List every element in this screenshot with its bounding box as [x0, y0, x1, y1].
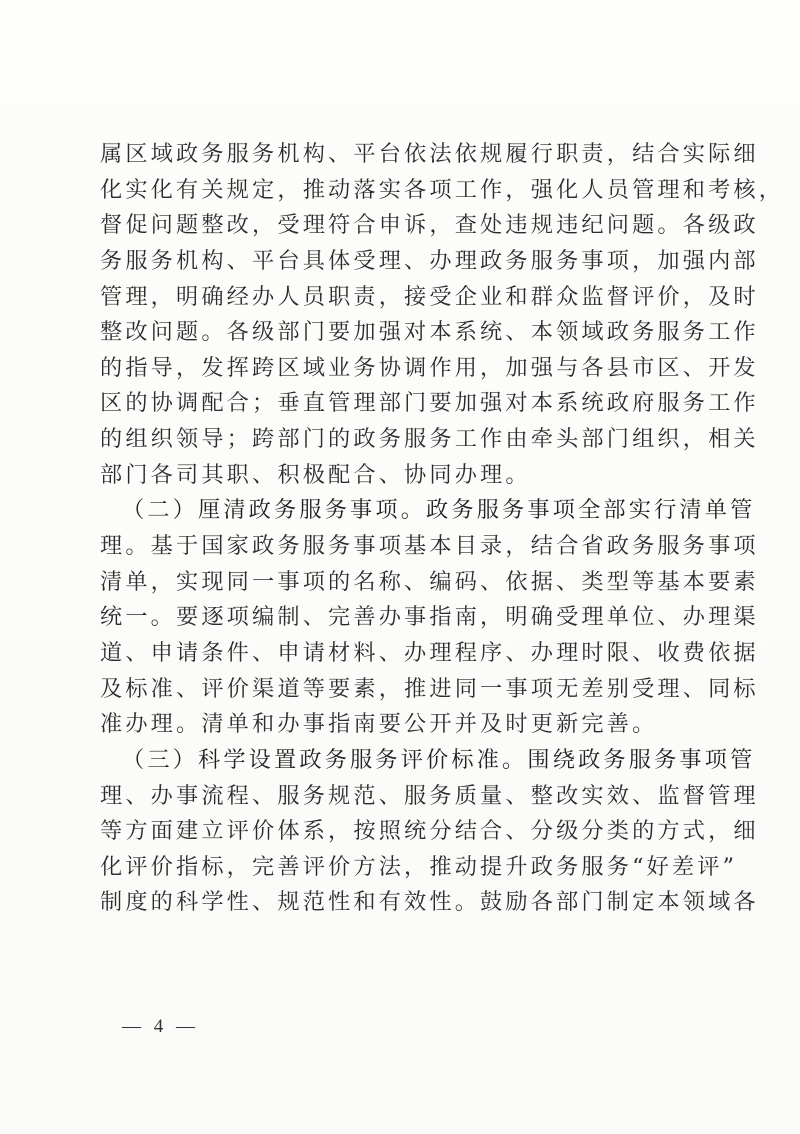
text-line: 道、申请条件、申请材料、办理程序、办理时限、收费依据 [100, 636, 700, 672]
text-line: 统一。要逐项编制、完善办事指南，明确受理单位、办理渠 [100, 600, 700, 636]
text-line: 整改问题。各级部门要加强对本系统、本领域政务服务工作 [100, 315, 700, 351]
text-line: 区的协调配合；垂直管理部门要加强对本系统政府服务工作 [100, 386, 700, 422]
text-line: 的指导，发挥跨区域业务协调作用，加强与各县市区、开发 [100, 351, 700, 387]
text-line: 准办理。清单和办事指南要公开并及时更新完善。 [100, 707, 700, 743]
text-line: 等方面建立评价体系，按照统分结合、分级分类的方式，细 [100, 814, 700, 850]
text-line: 部门各司其职、积极配合、协同办理。 [100, 458, 700, 494]
text-line: 务服务机构、平台具体受理、办理政务服务事项，加强内部 [100, 244, 700, 280]
text-line: 及标准、评价渠道等要素，推进同一事项无差别受理、同标 [100, 672, 700, 708]
text-line: 理、办事流程、服务规范、服务质量、整改实效、监督管理 [100, 779, 700, 815]
text-line: 的组织领导；跨部门的政务服务工作由牵头部门组织，相关 [100, 422, 700, 458]
section-heading-3: （三）科学设置政务服务评价标准。围绕政务服务事项管 [100, 743, 700, 779]
page-number: — 4 — [122, 1016, 199, 1038]
text-line: 制度的科学性、规范性和有效性。鼓励各部门制定本领域各 [100, 885, 700, 921]
text-line: 化评价指标，完善评价方法，推动提升政务服务“好差评” [100, 850, 700, 886]
text-line: 管理，明确经办人员职责，接受企业和群众监督评价，及时 [100, 280, 700, 316]
text-line: 督促问题整改，受理符合申诉，查处违规违纪问题。各级政 [100, 208, 700, 244]
text-line: 化实化有关规定，推动落实各项工作，强化人员管理和考核， [100, 173, 700, 209]
text-line: 属区域政务服务机构、平台依法依规履行职责，结合实际细 [100, 137, 700, 173]
body-text: 属区域政务服务机构、平台依法依规履行职责，结合实际细 化实化有关规定，推动落实各… [100, 137, 700, 921]
text-line: 清单，实现同一事项的名称、编码、依据、类型等基本要素 [100, 565, 700, 601]
section-heading-2: （二）厘清政务服务事项。政务服务事项全部实行清单管 [100, 493, 700, 529]
document-page: 属区域政务服务机构、平台依法依规履行职责，结合实际细 化实化有关规定，推动落实各… [0, 0, 800, 1134]
text-line: 理。基于国家政务服务事项基本目录，结合省政务服务事项 [100, 529, 700, 565]
